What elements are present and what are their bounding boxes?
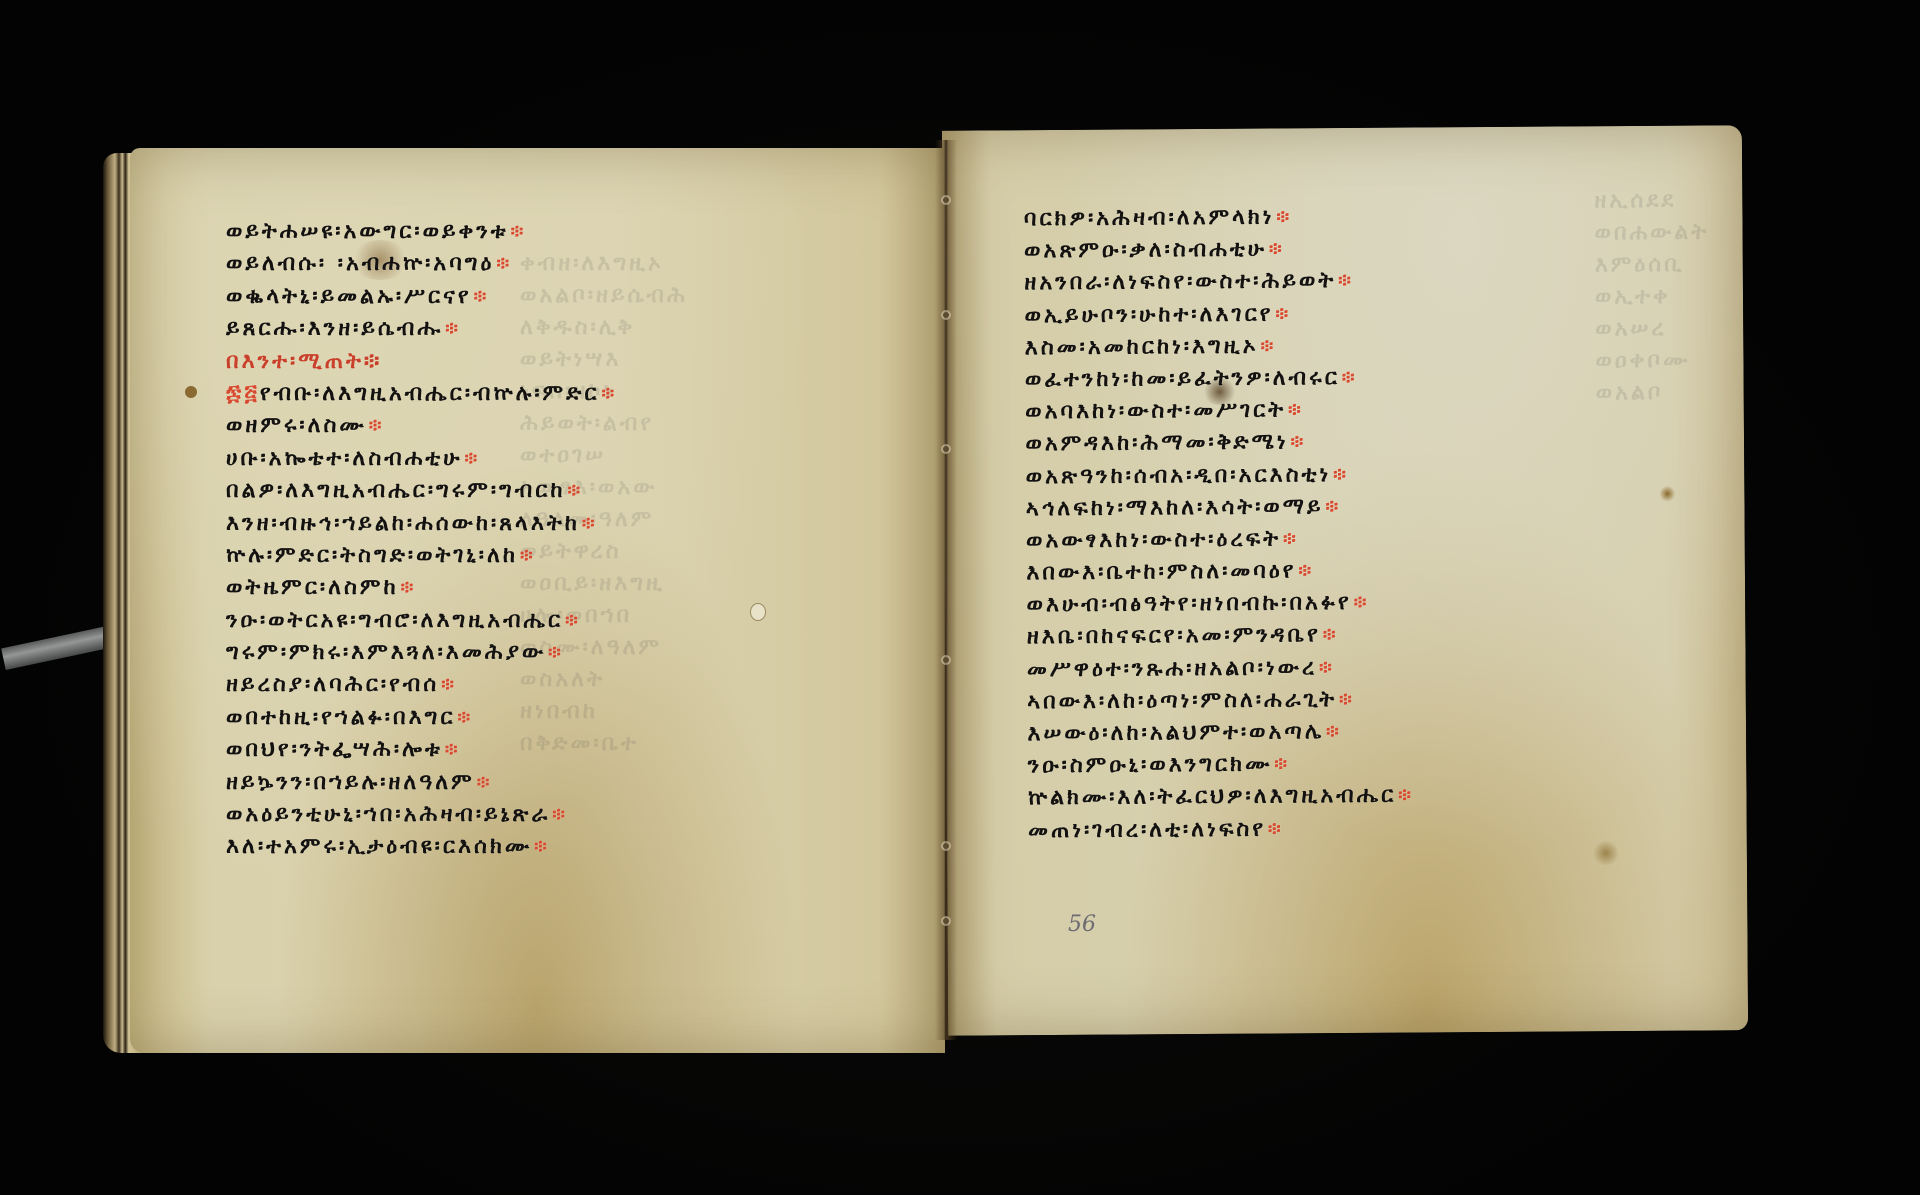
red-verse-marker-icon: ፨ [1276, 201, 1289, 233]
line-text: ወበተከዚ፡የኀልፉ፡በእግር [226, 705, 456, 730]
binding-stitch [943, 657, 949, 663]
manuscript-line: ወኢይሁቦን፡ሁከተ፡ለእገርየ፨ [1024, 297, 1407, 332]
red-verse-marker-icon: ፨ [369, 410, 382, 442]
manuscript-line: እስመ፡አመከርከነ፡እግዚኦ፨ [1025, 329, 1408, 364]
manuscript-line: ወበተከዚ፡የኀልፉ፡በእግር፨ [226, 702, 614, 734]
red-verse-marker-icon: ፨ [1338, 265, 1351, 297]
stain [185, 386, 197, 398]
line-text: እሠውዕ፡ለከ፡አልህምተ፡ወአጣሌ [1027, 719, 1324, 746]
binding-stitch [943, 843, 949, 849]
red-verse-marker-icon: ፨ [1274, 749, 1287, 781]
line-text: እንዘ፡ብዙኅ፡ኀይልከ፡ሐሰውከ፡ጸላእትከ [226, 511, 580, 536]
line-text: እለ፡ተአምሩ፡ኢታዕብዩ፡ርእሰክሙ [226, 834, 532, 859]
red-verse-marker-icon: ፨ [441, 669, 454, 701]
line-text: ወአባእከነ፡ውስተ፡መሥገርት [1025, 398, 1286, 425]
line-text: ይጸርሑ፡እንዘ፡ይሴብሑ [226, 316, 443, 341]
red-verse-marker-icon: ፨ [1298, 555, 1311, 587]
line-text: ወአምዳእከ፡ሕማመ፡ቅድሜነ [1025, 430, 1288, 457]
manuscript-line: ወእሁብ፡ብፅዓትየ፡ዘነበብኩ፡በአፉየ፨ [1026, 587, 1409, 622]
red-verse-marker-icon: ፨ [1325, 491, 1338, 523]
line-text: መሥዋዕተ፡ንጹሐ፡ዘአልቦ፡ነውረ [1027, 655, 1317, 682]
line-text: ንዑ፡ወትርአዩ፡ግብሮ፡ለእግዚአብሔር [226, 608, 563, 633]
line-text: ወእሁብ፡ብፅዓትየ፡ዘነበብኩ፡በአፉየ [1026, 590, 1351, 617]
manuscript-line: እሠውዕ፡ለከ፡አልህምተ፡ወአጣሌ፨ [1027, 716, 1410, 751]
line-text: ዘአንበራ፡ለነፍስየ፡ውስተ፡ሕይወት [1024, 269, 1336, 296]
line-text: ወአዕይንቲሁኒ፡ኀበ፡አሕዛብ፡ይኔጽራ [226, 802, 550, 827]
right-page-text: ባርክዎ፡አሕዛብ፡ለአምላክነ፨ወአጽምዑ፡ቃለ፡ስብሐቲሁ፨ዘአንበራ፡ለነ… [1024, 201, 1411, 847]
manuscript-line: ንዑ፡ስምዑኒ፡ወእንግርክሙ፨ [1028, 748, 1411, 783]
manuscript-line: ወአምዳእከ፡ሕማመ፡ቅድሜነ፨ [1025, 426, 1408, 461]
manuscript-line: ወበህየ፡ንትፌሣሕ፡ሎቱ፨ [226, 734, 614, 766]
red-verse-marker-icon: ፨ [1354, 587, 1367, 619]
binding-stitch [943, 918, 949, 924]
line-text: ኣበውእ፡ለከ፡ዕጣነ፡ምስለ፡ሐራጊት [1027, 687, 1337, 714]
line-text: ወአጽምዑ፡ቃለ፡ስብሐቲሁ [1024, 237, 1267, 264]
line-text: ወአጽዓንከ፡ሰብአ፡ዲበ፡አርእስቲነ [1026, 462, 1332, 489]
psalm-number: ፷፭ [226, 381, 260, 406]
manuscript-line: ዘእቤ፡በከናፍርየ፡አመ፡ምንዳቤየ፨ [1027, 619, 1410, 654]
red-verse-marker-icon: ፨ [1283, 523, 1296, 555]
manuscript-line: ወይለብሱ፡ ፡አብሐኵ፡አባግዕ፨ [226, 248, 614, 280]
red-verse-marker-icon: ፨ [1291, 427, 1304, 459]
line-text: ወበህየ፡ንትፌሣሕ፡ሎቱ [226, 737, 443, 762]
line-text: በልዎ፡ለእግዚአብሔር፡ግሩም፡ግብርከ [226, 478, 566, 503]
manuscript-line: ወአዕይንቲሁኒ፡ኀበ፡አሕዛብ፡ይኔጽራ፨ [226, 799, 614, 831]
manuscript-line: ወአውፃእከነ፡ውስተ፡ዕረፍት፨ [1026, 523, 1409, 558]
manuscript-line: ወአባእከነ፡ውስተ፡መሥገርት፨ [1025, 394, 1408, 429]
line-text: ወቈላትኒ፡ይመልኡ፡ሥርናየ [226, 284, 472, 309]
line-text: ወፈተንከነ፡ከመ፡ይፈትንዎ፡ለብሩር [1025, 365, 1340, 392]
bleed-through-right: ዘኢሰደደወበሐውልት እምዕሰቢወኢተቀ ወአሠረወዐቀቦሙ ወአልቦ [1594, 185, 1736, 410]
manuscript-line: ሀቡ፡አኰቴተ፡ለስብሐቲሁ፨ [226, 443, 614, 475]
red-verse-marker-icon: ፨ [1269, 234, 1282, 266]
manuscript-line: ወቈላትኒ፡ይመልኡ፡ሥርናየ፨ [226, 281, 614, 313]
red-verse-marker-icon: ፨ [445, 313, 458, 345]
manuscript-line: ወይትሐሠዩ፡አውግር፡ወይቀንቱ፨ [226, 216, 614, 248]
red-verse-marker-icon: ፨ [474, 281, 487, 313]
red-verse-marker-icon: ፨ [548, 637, 561, 669]
line-text: ንዑ፡ስምዑኒ፡ወእንግርክሙ [1028, 752, 1273, 779]
red-verse-marker-icon: ፨ [1268, 813, 1281, 845]
left-page-text: ወይትሐሠዩ፡አውግር፡ወይቀንቱ፨ወይለብሱ፡ ፡አብሐኵ፡አባግዕ፨ወቈላት… [226, 216, 614, 864]
folio-number: 56 [1068, 912, 1096, 937]
line-text: ወአውፃእከነ፡ውስተ፡ዕረፍት [1026, 526, 1281, 553]
red-verse-marker-icon: ፨ [1260, 330, 1273, 362]
red-verse-marker-icon: ፨ [601, 378, 614, 410]
line-text: ዘእቤ፡በከናፍርየ፡አመ፡ምንዳቤየ [1027, 623, 1321, 650]
manuscript-line: በእንተ፡ሚጠት፨ [226, 346, 614, 378]
red-verse-marker-icon: ፨ [458, 702, 471, 734]
line-text: ወዘምሩ፡ለስሙ [226, 413, 367, 438]
line-text: ባርክዎ፡አሕዛብ፡ለአምላክነ [1024, 205, 1275, 232]
line-text: ሀቡ፡አኰቴተ፡ለስብሐቲሁ [226, 446, 462, 471]
line-text: ወይትሐሠዩ፡አውግር፡ወይቀንቱ [226, 219, 509, 244]
manuscript-line: ባርክዎ፡አሕዛብ፡ለአምላክነ፨ [1024, 201, 1407, 236]
stain [1592, 841, 1620, 865]
manuscript-line: ወዘምሩ፡ለስሙ፨ [226, 410, 614, 442]
manuscript-line: እንዘ፡ብዙኅ፡ኀይልከ፡ሐሰውከ፡ጸላእትከ፨ [226, 508, 614, 540]
manuscript-line: መሥዋዕተ፡ንጹሐ፡ዘአልቦ፡ነውረ፨ [1027, 651, 1410, 686]
line-text: ግሩም፡ምክሩ፡እምእጓለ፡እመሕያው [226, 640, 546, 665]
manuscript-line: ኣኅለፍከነ፡ማእከለ፡እሳት፡ወማይ፨ [1026, 490, 1409, 525]
manuscript-line: ወአጽዓንከ፡ሰብአ፡ዲበ፡አርእስቲነ፨ [1026, 458, 1409, 493]
red-verse-marker-icon: ፨ [464, 443, 477, 475]
manuscript-line: ንዑ፡ወትርአዩ፡ግብሮ፡ለእግዚአብሔር፨ [226, 605, 614, 637]
red-verse-marker-icon: ፨ [445, 734, 458, 766]
manuscript-line: ወአጽምዑ፡ቃለ፡ስብሐቲሁ፨ [1024, 233, 1407, 268]
line-text: መጠነ፡ገብረ፡ለቲ፡ለነፍስየ [1028, 816, 1266, 843]
manuscript-line: መጠነ፡ገብረ፡ለቲ፡ለነፍስየ፨ [1028, 812, 1411, 847]
line-text: ዘይረስያ፡ለባሕር፡የብሰ [226, 672, 439, 697]
binding-stitch [943, 446, 949, 452]
red-verse-marker-icon: ፨ [1398, 780, 1411, 812]
binding-stitch [943, 312, 949, 318]
red-verse-marker-icon: ፨ [1339, 684, 1352, 716]
manuscript-line: ወፈተንከነ፡ከመ፡ይፈትንዎ፡ለብሩር፨ [1025, 362, 1408, 397]
red-verse-marker-icon: ፨ [496, 248, 509, 280]
line-text: የብቡ፡ለእግዚአብሔር፡ብኵሉ፡ምድር [260, 381, 600, 406]
manuscript-line: ዘይረስያ፡ለባሕር፡የብሰ፨ [226, 669, 614, 701]
line-text: በእንተ፡ሚጠት፨ [226, 349, 382, 374]
red-verse-marker-icon: ፨ [1323, 620, 1336, 652]
red-verse-marker-icon: ፨ [1333, 459, 1346, 491]
line-text: ወትዜምር፡ለስምከ [226, 575, 399, 600]
manuscript-line: ኵሉ፡ምድር፡ትስግድ፡ወትገኒ፡ለከ፨ [226, 540, 614, 572]
red-verse-marker-icon: ፨ [1342, 362, 1355, 394]
red-verse-marker-icon: ፨ [534, 831, 547, 863]
binding-stitch [943, 197, 949, 203]
line-text: እስመ፡አመከርከነ፡እግዚኦ [1025, 333, 1259, 360]
manuscript-line: ፷፭የብቡ፡ለእግዚአብሔር፡ብኵሉ፡ምድር፨ [226, 378, 614, 410]
red-verse-marker-icon: ፨ [552, 799, 565, 831]
red-verse-marker-icon: ፨ [1288, 395, 1301, 427]
book-gutter [935, 140, 957, 1040]
manuscript-line: እበውእ፡ቤተከ፡ምስለ፡መባዕየ፨ [1026, 555, 1409, 590]
manuscript-line: ይጸርሑ፡እንዘ፡ይሴብሑ፨ [226, 313, 614, 345]
manuscript-line: ዘይኴንን፡በኀይሉ፡ዘለዓለም፨ [226, 767, 614, 799]
red-verse-marker-icon: ፨ [477, 767, 490, 799]
red-verse-marker-icon: ፨ [511, 216, 524, 248]
red-verse-marker-icon: ፨ [1275, 298, 1288, 330]
red-verse-marker-icon: ፨ [401, 572, 414, 604]
line-text: ወይለብሱ፡ ፡አብሐኵ፡አባግዕ [226, 251, 494, 276]
stain [1659, 486, 1675, 502]
manuscript-line: ወትዜምር፡ለስምከ፨ [226, 572, 614, 604]
line-text: ኵሉ፡ምድር፡ትስግድ፡ወትገኒ፡ለከ [226, 543, 518, 568]
red-verse-marker-icon: ፨ [1326, 716, 1339, 748]
red-verse-marker-icon: ፨ [520, 540, 533, 572]
line-text: ኣኅለፍከነ፡ማእከለ፡እሳት፡ወማይ [1026, 494, 1324, 521]
line-text: ኵልክሙ፡እለ፡ትፈርህዎ፡ለእግዚአብሔር [1028, 783, 1396, 811]
manuscript-line: እለ፡ተአምሩ፡ኢታዕብዩ፡ርእሰክሙ፨ [226, 831, 614, 863]
line-text: ዘይኴንን፡በኀይሉ፡ዘለዓለም [226, 770, 475, 795]
red-verse-marker-icon: ፨ [565, 605, 578, 637]
manuscript-line: ኣበውእ፡ለከ፡ዕጣነ፡ምስለ፡ሐራጊት፨ [1027, 683, 1410, 718]
manuscript-line: ዘአንበራ፡ለነፍስየ፡ውስተ፡ሕይወት፨ [1024, 265, 1407, 300]
manuscript-line: በልዎ፡ለእግዚአብሔር፡ግሩም፡ግብርከ፨ [226, 475, 614, 507]
line-text: እበውእ፡ቤተከ፡ምስለ፡መባዕየ [1026, 559, 1296, 586]
line-text: ወኢይሁቦን፡ሁከተ፡ለእገርየ [1024, 301, 1273, 328]
red-verse-marker-icon: ፨ [1319, 652, 1332, 684]
manuscript-line: ኵልክሙ፡እለ፡ትፈርህዎ፡ለእግዚአብሔር፨ [1028, 780, 1411, 815]
manuscript-line: ግሩም፡ምክሩ፡እምእጓለ፡እመሕያው፨ [226, 637, 614, 669]
red-verse-marker-icon: ፨ [582, 508, 595, 540]
red-verse-marker-icon: ፨ [568, 475, 581, 507]
